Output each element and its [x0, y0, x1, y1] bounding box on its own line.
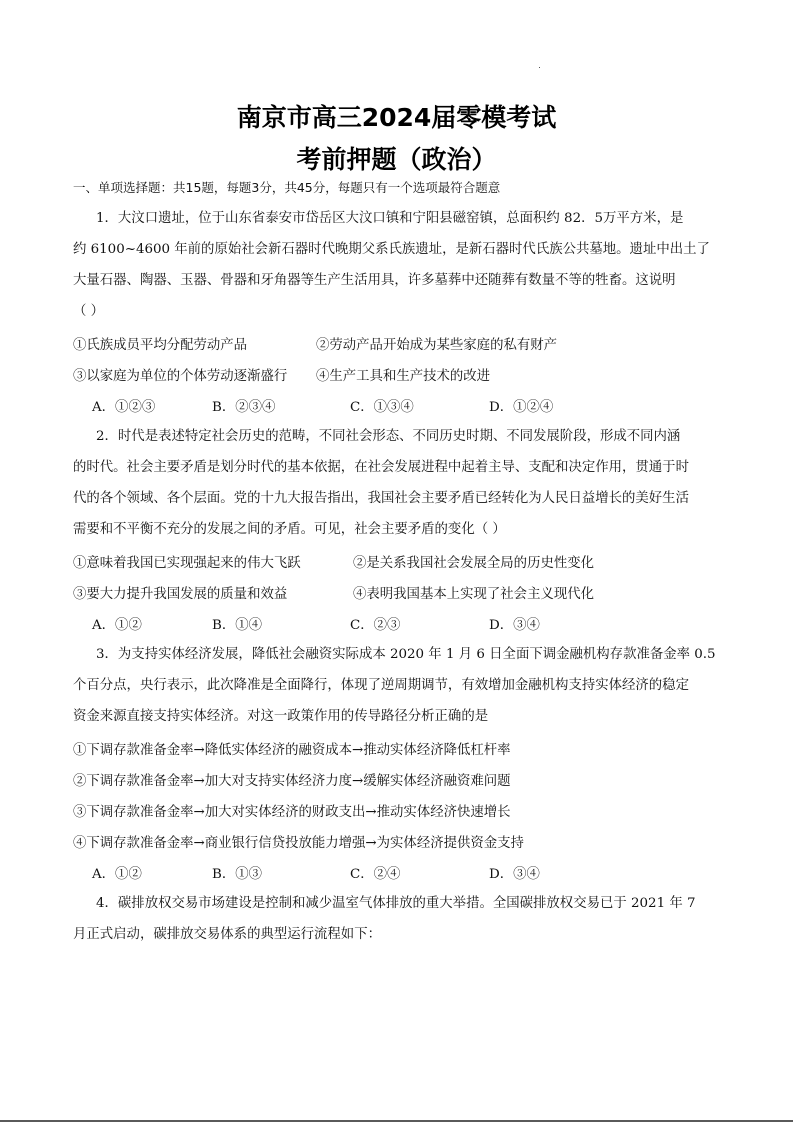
page-subtitle: 考前押题（政治）	[0, 140, 793, 176]
question-text-line: 约 6100~4600 年前的原始社会新石器时代晚期父系氏族遗址，是新石器时代氏…	[73, 241, 723, 259]
choice-d: D．③④	[489, 614, 540, 633]
choice-a: A．①②③	[92, 396, 155, 415]
question-text-line: 需要和不平衡不充分的发展之间的矛盾。可见，社会主要矛盾的变化（ ）	[73, 521, 723, 539]
question-text-line: 2．时代是表述特定社会历史的范畴，不同社会形态、不同历史时期、不同发展阶段，形成…	[96, 428, 746, 446]
statement-4: ④生产工具和生产技术的改进	[316, 365, 490, 384]
choice-a: A．①②	[92, 614, 142, 633]
section-header: 一、单项选择题：共15题，每题3分，共45分，每题只有一个选项最符合题意	[73, 178, 500, 196]
choice-b: B．①④	[212, 614, 262, 633]
stray-dot	[539, 67, 540, 68]
question-text-line: 4．碳排放权交易市场建设是控制和减少温室气体排放的重大举措。全国碳排放权交易已于…	[96, 895, 746, 913]
question-text-line: 个百分点，央行表示，此次降准是全面降行，体现了逆周期调节，有效增加金融机构支持实…	[73, 677, 723, 695]
choice-b: B．①③	[212, 863, 262, 882]
question-text-line: 代的各个领域、各个层面。党的十九大报告指出，我国社会主要矛盾已经转化为人民日益增…	[73, 490, 723, 508]
statement-3: ③下调存款准备金率→加大对实体经济的财政支出→推动实体经济快速增长	[73, 801, 511, 820]
statement-2: ②是关系我国社会发展全局的历史性变化	[353, 552, 594, 571]
question-text-line: 资金来源直接支持实体经济。对这一政策作用的传导路径分析正确的是	[73, 708, 723, 726]
question-text-line: 3．为支持实体经济发展，降低社会融资实际成本 2020 年 1 月 6 日全面下…	[96, 646, 746, 664]
statement-1: ①氏族成员平均分配劳动产品	[73, 334, 247, 353]
exam-page: 南京市高三2024届零模考试 考前押题（政治） 一、单项选择题：共15题，每题3…	[0, 0, 793, 1122]
choice-c: C．②④	[350, 863, 400, 882]
choice-a: A．①②	[92, 863, 142, 882]
statement-4: ④下调存款准备金率→商业银行信贷投放能力增强→为实体经济提供资金支持	[73, 832, 524, 851]
choice-c: C．②③	[350, 614, 400, 633]
choice-d: D．③④	[489, 863, 540, 882]
choice-d: D．①②④	[489, 396, 553, 415]
statement-1: ①下调存款准备金率→降低实体经济的融资成本→推动实体经济降低杠杆率	[73, 739, 511, 758]
statement-1: ①意味着我国已实现强起来的伟大飞跃	[73, 552, 301, 571]
page-title: 南京市高三2024届零模考试	[0, 98, 793, 134]
statement-2: ②下调存款准备金率→加大对支持实体经济力度→缓解实体经济融资难问题	[73, 770, 511, 789]
question-text-line: 大量石器、陶器、玉器、骨器和牙角器等生产生活用具，许多墓葬中还随葬有数量不等的牲…	[73, 272, 723, 290]
question-text-line: 1．大汶口遗址，位于山东省泰安市岱岳区大汶口镇和宁阳县磁窑镇，总面积约 82．5…	[96, 210, 746, 228]
statement-3: ③要大力提升我国发展的质量和效益	[73, 583, 287, 602]
answer-blank: （ ）	[73, 303, 723, 321]
statement-2: ②劳动产品开始成为某些家庭的私有财产	[316, 334, 557, 353]
choice-c: C．①③④	[350, 396, 414, 415]
statement-3: ③以家庭为单位的个体劳动逐渐盛行	[73, 365, 287, 384]
choice-b: B．②③④	[212, 396, 275, 415]
question-text-line: 的时代。社会主要矛盾是划分时代的基本依据，在社会发展进程中起着主导、支配和决定作…	[73, 459, 723, 477]
question-text-line: 月正式启动，碳排放交易体系的典型运行流程如下：	[73, 926, 723, 944]
statement-4: ④表明我国基本上实现了社会主义现代化	[353, 583, 594, 602]
